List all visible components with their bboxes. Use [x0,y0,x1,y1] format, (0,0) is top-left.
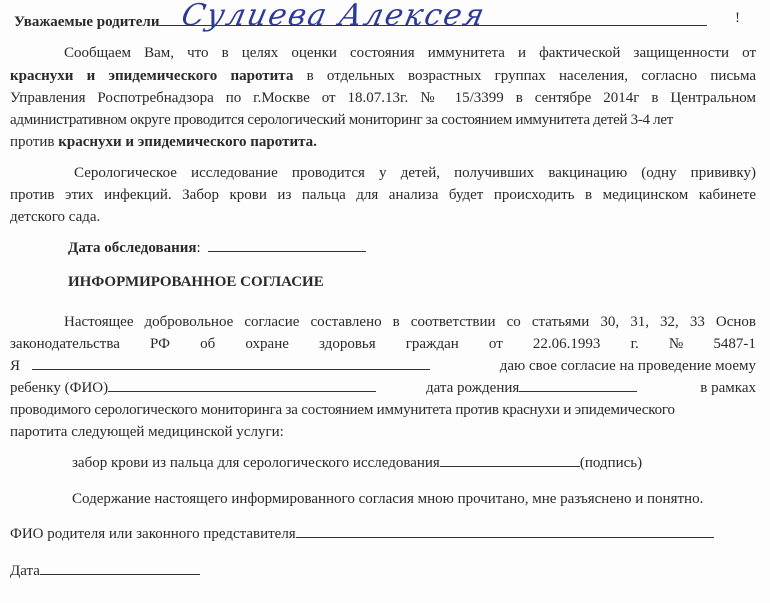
acknowledgement-text: Содержание настоящего информированного с… [72,491,703,508]
intro-line-3: Управления Роспотребнадзора по г.Москве … [10,90,756,107]
consent-i-label: Я [10,358,20,374]
birthdate-label: дата рождения [426,380,519,396]
consent-line-4-suffix: в рамках [700,380,756,397]
signature-field[interactable] [440,465,580,467]
greeting-label: Уважаемые родители [14,14,159,30]
study-line-2: против этих инфекций. Забор крови из пал… [10,187,756,204]
intro-bold-diseases-2: краснухи и эпидемического паротита. [58,134,317,150]
consent-title: ИНФОРМИРОВАННОЕ СОГЛАСИЕ [68,274,324,291]
intro-line-2: краснухи и эпидемического паротита в отд… [10,68,756,85]
parent-representative-label: ФИО родителя или законного представителя [10,526,296,542]
consent-line-4: ребенку (ФИО) дата рождения в рамках [10,380,756,397]
consent-line-6: паротита следующей медицинской услуги: [10,424,284,441]
parent-representative-line: ФИО родителя или законного представителя [10,526,714,543]
consent-line-3-suffix: даю свое согласие на проведение моему [500,358,756,375]
consent-line-1: Настоящее добровольное согласие составле… [64,314,756,331]
child-fio-field[interactable] [108,390,376,392]
service-label: забор крови из пальца для серологическог… [72,455,440,471]
word: г. [631,336,639,353]
exam-date-colon: : [196,240,200,256]
consent-line-2: законодательства РФ об охране здоровья г… [10,336,756,353]
date-label: Дата [10,563,40,579]
date-field[interactable] [40,573,200,575]
intro-bold-diseases: краснухи и эпидемического паротита [10,68,293,84]
word: охране [245,336,288,353]
intro-line-4: административном округе проводится серол… [10,112,756,129]
consent-line-3: Я даю свое согласие на проведение моему [10,358,756,375]
word: здоровья [319,336,376,353]
date-line: Дата [10,563,200,580]
study-line-1: Серологическое исследование проводится у… [74,165,756,182]
word: 22.06.1993 [533,336,601,353]
word: законодательства [10,336,120,353]
intro-line-5-text: против [10,134,55,150]
parent-representative-field[interactable] [296,536,714,538]
exclamation-mark: ! [735,10,740,27]
service-line: забор крови из пальца для серологическог… [72,455,642,472]
intro-line-5: против краснухи и эпидемического паротит… [10,134,317,151]
intro-line-1: Сообщаем Вам, что в целях оценки состоян… [64,45,756,62]
exam-date-field[interactable] [208,250,366,252]
word: 5487-1 [713,336,756,353]
child-fio-label: ребенку (ФИО) [10,380,108,396]
intro-line-2-text: в отдельных возрастных группах населения… [307,68,756,84]
signature-label: (подпись) [580,455,642,471]
word: № [669,336,683,353]
handwritten-child-name: Сулиева Алексея [178,0,489,33]
exam-date-line: Дата обследования: [68,240,366,257]
exam-date-label: Дата обследования [68,240,196,256]
word: граждан [406,336,459,353]
birthdate-group: дата рождения [426,380,637,397]
birthdate-field[interactable] [519,390,637,392]
consent-line-5: проводимого серологического мониторинга … [10,402,756,419]
word: об [200,336,215,353]
word: РФ [150,336,170,353]
study-line-3: детского сада. [10,209,100,226]
parent-fullname-field[interactable] [32,368,430,370]
word: от [489,336,503,353]
